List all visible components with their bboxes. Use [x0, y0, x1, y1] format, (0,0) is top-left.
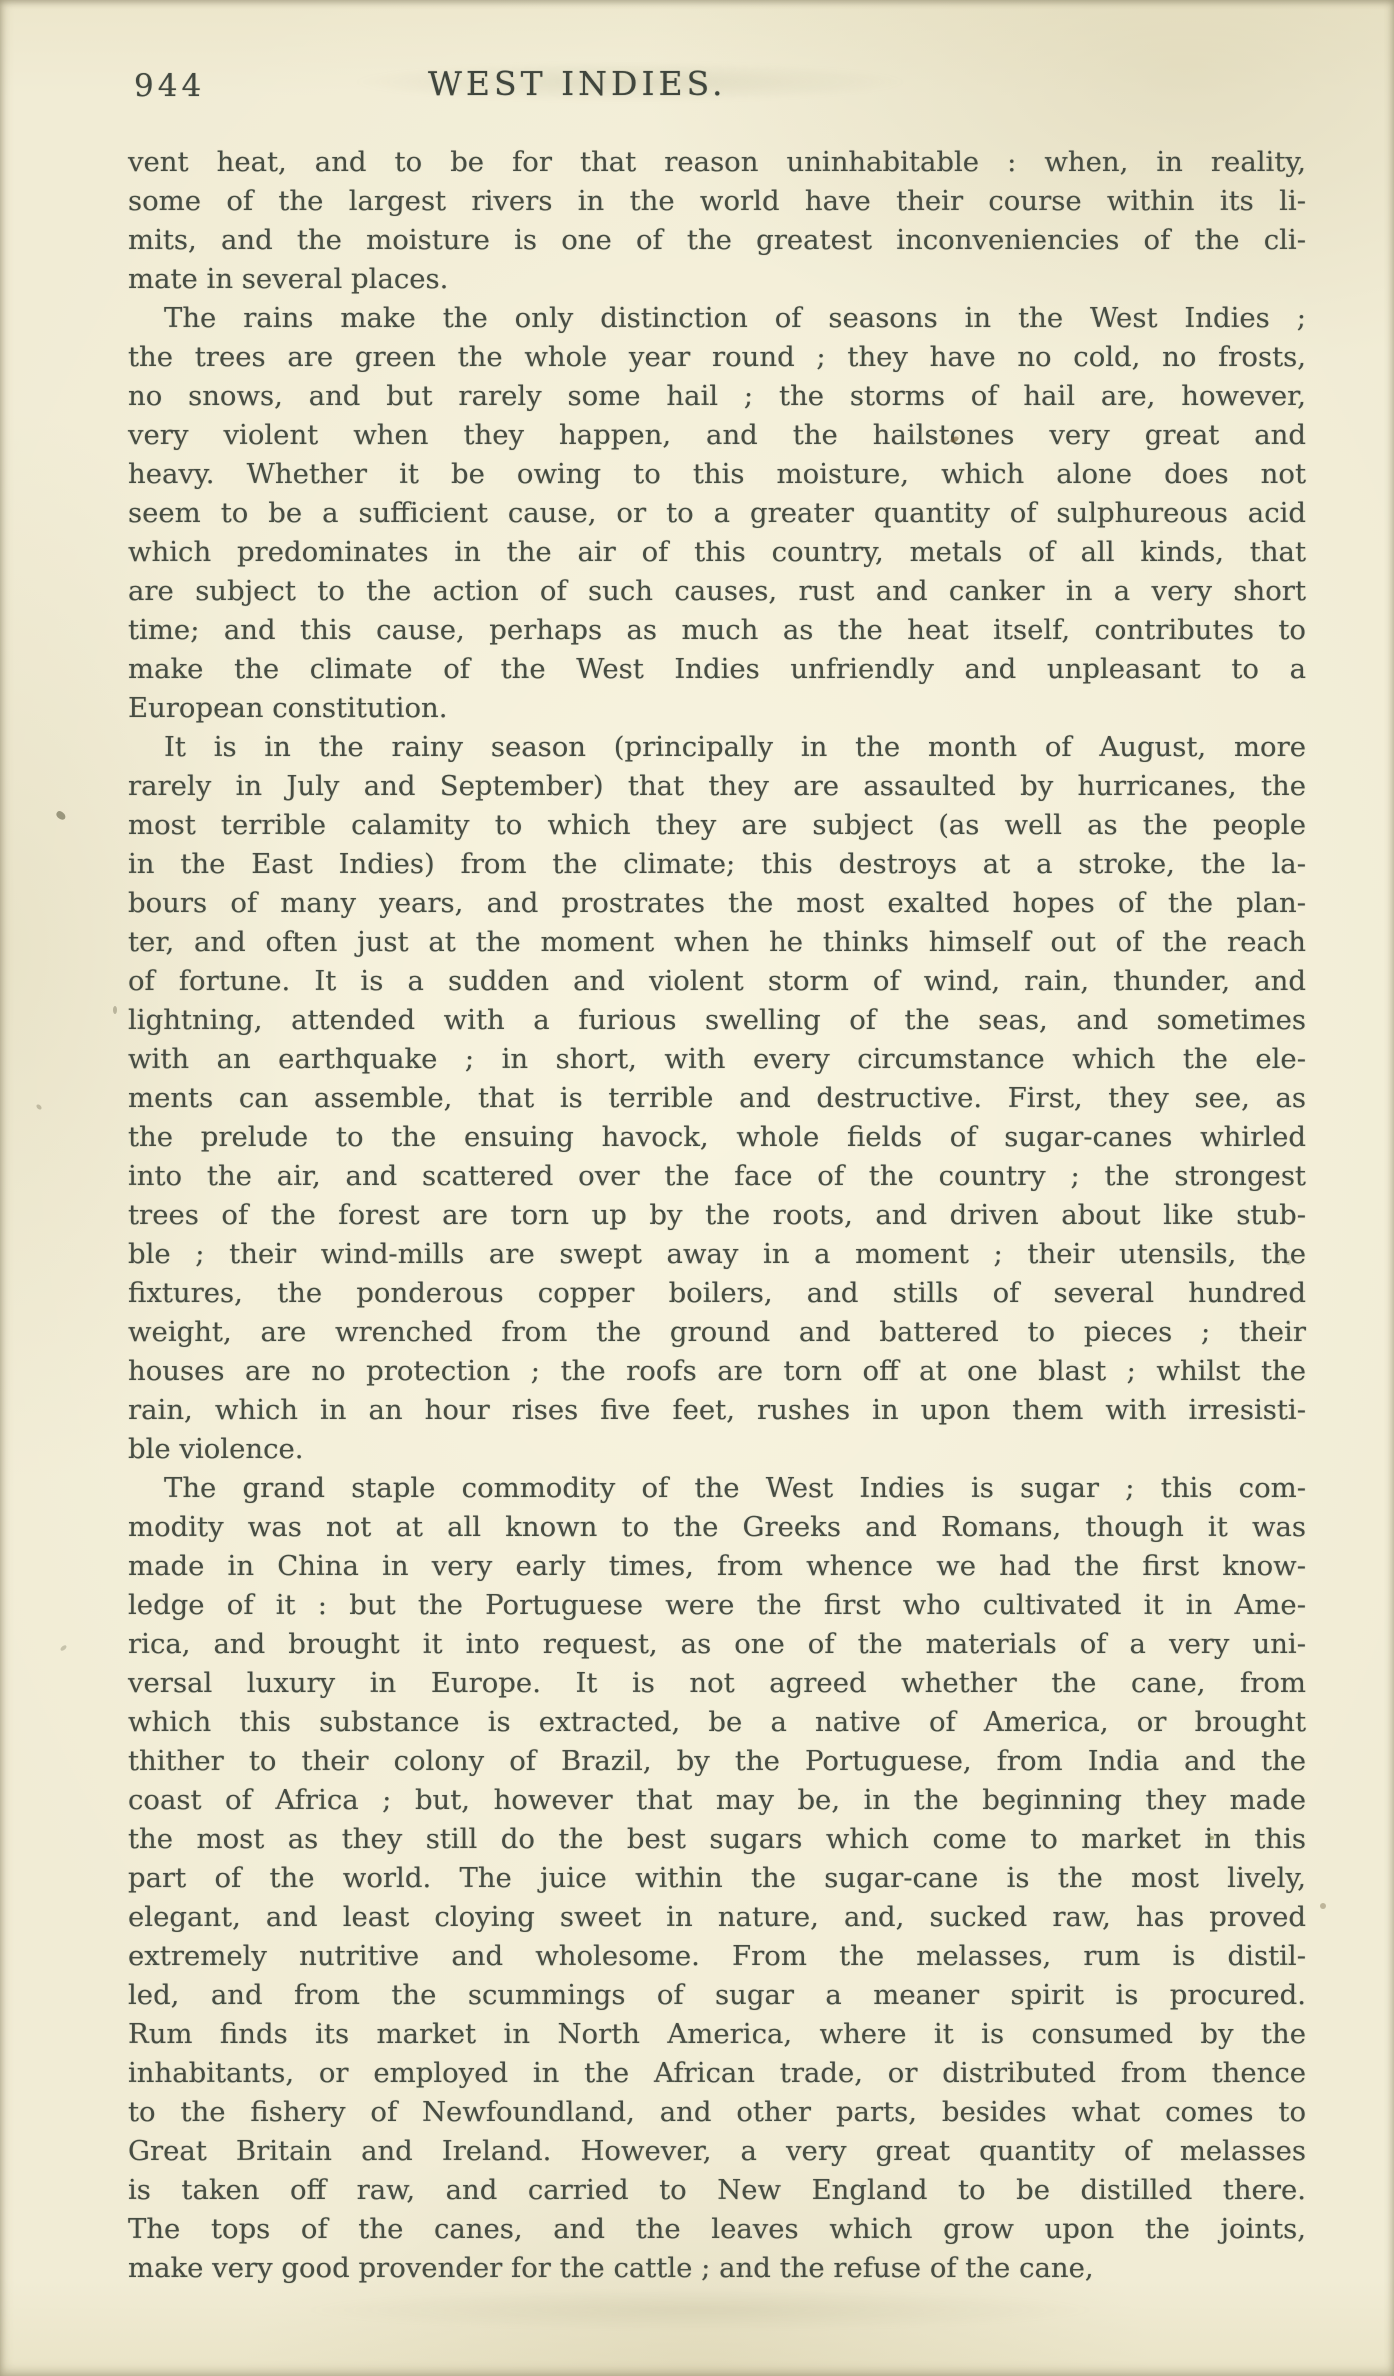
paragraph: The grand staple commodity of the West I… — [128, 1469, 1306, 2288]
text-line: very violent when they happen, and the h… — [128, 416, 1306, 455]
text-line: led, and from the scummings of sugar a m… — [128, 1976, 1306, 2015]
text-line: bours of many years, and prostrates the … — [128, 884, 1306, 923]
page-header: 944 WEST INDIES. — [128, 60, 1304, 110]
text-line: is taken off raw, and carried to New Eng… — [128, 2171, 1306, 2210]
text-line: Great Britain and Ireland. However, a ve… — [128, 2132, 1306, 2171]
text-line: ter, and often just at the moment when h… — [128, 923, 1306, 962]
text-line: into the air, and scattered over the fac… — [128, 1157, 1306, 1196]
ink-speck — [1320, 1903, 1326, 1909]
text-line: which this substance is extracted, be a … — [128, 1703, 1306, 1742]
text-line: It is in the rainy season (principally i… — [128, 728, 1306, 767]
text-line: trees of the forest are torn up by the r… — [128, 1196, 1306, 1235]
text-line: make very good provender for the cattle … — [128, 2249, 1306, 2288]
text-line: lightning, attended with a furious swell… — [128, 1001, 1306, 1040]
text-line: rain, which in an hour rises five feet, … — [128, 1391, 1306, 1430]
text-line: the prelude to the ensuing havock, whole… — [128, 1118, 1306, 1157]
text-line: thither to their colony of Brazil, by th… — [128, 1742, 1306, 1781]
text-line: rica, and brought it into request, as on… — [128, 1625, 1306, 1664]
text-line: of fortune. It is a sudden and violent s… — [128, 962, 1306, 1001]
text-line: The tops of the canes, and the leaves wh… — [128, 2210, 1306, 2249]
text-line: The grand staple commodity of the West I… — [128, 1469, 1306, 1508]
text-line: the most as they still do the best sugar… — [128, 1820, 1306, 1859]
book-page: 944 WEST INDIES. vent heat, and to be fo… — [0, 0, 1394, 2376]
text-line: rarely in July and September) that they … — [128, 767, 1306, 806]
ink-speck — [35, 1103, 42, 1110]
ink-speck — [55, 810, 67, 821]
page-body: vent heat, and to be for that reason uni… — [128, 143, 1306, 2288]
text-line: which predominates in the air of this co… — [128, 533, 1306, 572]
text-line: time; and this cause, perhaps as much as… — [128, 611, 1306, 650]
text-line: Rum finds its market in North America, w… — [128, 2015, 1306, 2054]
text-line: elegant, and least cloying sweet in natu… — [128, 1898, 1306, 1937]
text-line: ble violence. — [128, 1430, 1306, 1469]
text-line: part of the world. The juice within the … — [128, 1859, 1306, 1898]
text-line: make the climate of the West Indies unfr… — [128, 650, 1306, 689]
text-line: houses are no protection ; the roofs are… — [128, 1352, 1306, 1391]
text-line: ledge of it : but the Portuguese were th… — [128, 1586, 1306, 1625]
ink-speck — [60, 1644, 68, 1652]
text-line: weight, are wrenched from the ground and… — [128, 1313, 1306, 1352]
text-line: no snows, and but rarely some hail ; the… — [128, 377, 1306, 416]
text-line: European constitution. — [128, 689, 1306, 728]
ink-speck — [1210, 1836, 1214, 1840]
text-line: ble ; their wind-mills are swept away in… — [128, 1235, 1306, 1274]
paragraph: The rains make the only distinction of s… — [128, 299, 1306, 728]
text-line: coast of Africa ; but, however that may … — [128, 1781, 1306, 1820]
ink-speck — [1286, 1260, 1291, 1265]
text-line: most terrible calamity to which they are… — [128, 806, 1306, 845]
text-line: fixtures, the ponderous copper boilers, … — [128, 1274, 1306, 1313]
page-number: 944 — [134, 68, 205, 104]
text-line: extremely nutritive and wholesome. From … — [128, 1937, 1306, 1976]
text-line: are subject to the action of such causes… — [128, 572, 1306, 611]
ink-speck — [113, 1006, 117, 1014]
paragraph: vent heat, and to be for that reason uni… — [128, 143, 1306, 299]
text-line: to the fishery of Newfoundland, and othe… — [128, 2093, 1306, 2132]
paragraph: It is in the rainy season (principally i… — [128, 728, 1306, 1469]
text-line: made in China in very early times, from … — [128, 1547, 1306, 1586]
text-line: with an earthquake ; in short, with ever… — [128, 1040, 1306, 1079]
text-line: modity was not at all known to the Greek… — [128, 1508, 1306, 1547]
text-line: some of the largest rivers in the world … — [128, 182, 1306, 221]
text-line: heavy. Whether it be owing to this moist… — [128, 455, 1306, 494]
text-line: seem to be a sufficient cause, or to a g… — [128, 494, 1306, 533]
running-title: WEST INDIES. — [428, 64, 727, 103]
text-line: inhabitants, or employed in the African … — [128, 2054, 1306, 2093]
text-line: vent heat, and to be for that reason uni… — [128, 143, 1306, 182]
ink-bleed-smudge — [300, 2290, 1100, 2330]
text-line: the trees are green the whole year round… — [128, 338, 1306, 377]
text-line: mate in several places. — [128, 260, 1306, 299]
text-line: in the East Indies) from the climate; th… — [128, 845, 1306, 884]
text-line: The rains make the only distinction of s… — [128, 299, 1306, 338]
text-line: mits, and the moisture is one of the gre… — [128, 221, 1306, 260]
text-line: versal luxury in Europe. It is not agree… — [128, 1664, 1306, 1703]
text-line: ments can assemble, that is terrible and… — [128, 1079, 1306, 1118]
